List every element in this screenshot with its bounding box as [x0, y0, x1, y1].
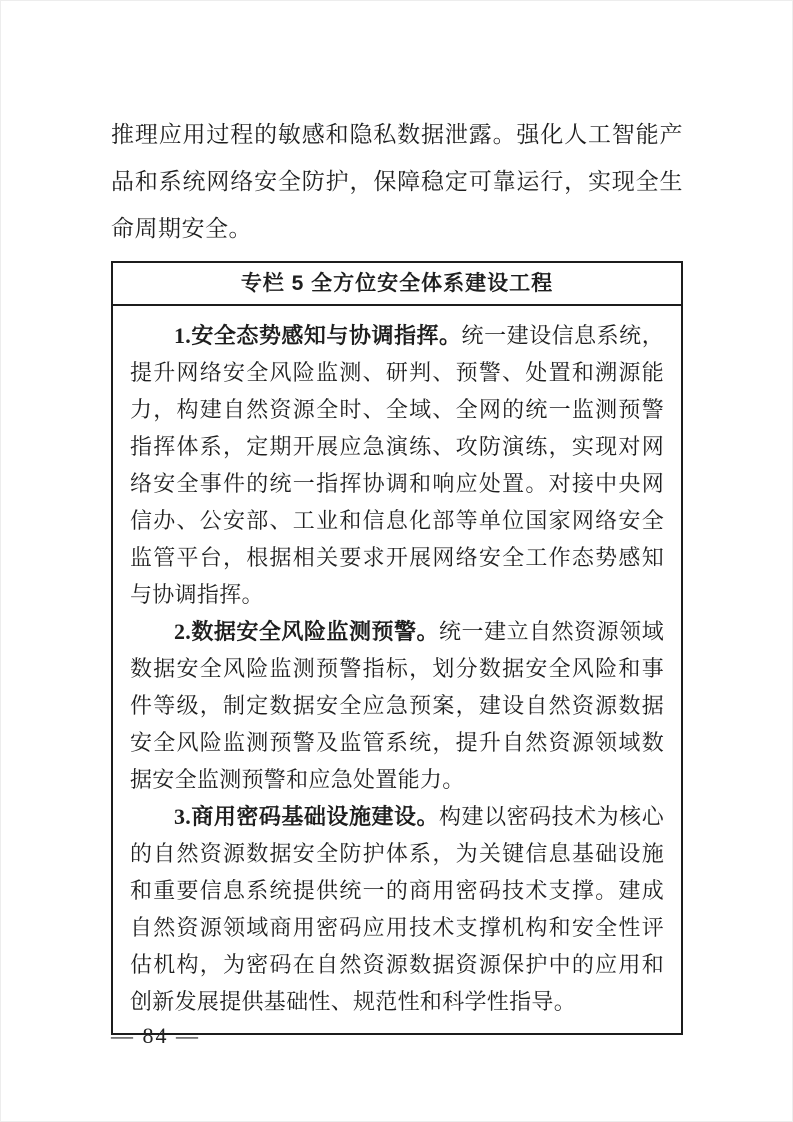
paragraph-1-lead: 1.安全态势感知与协调指挥。 [174, 323, 462, 348]
paragraph-3-text: 构建以密码技术为核心的自然资源数据安全防护体系，为关键信息基础设施和重要信息系统… [130, 804, 664, 1014]
box-paragraph-2: 2.数据安全风险监测预警。统一建立自然资源领域数据安全风险监测预警指标，划分数据… [130, 613, 664, 798]
page-number: — 84 — [111, 1023, 200, 1049]
box-paragraph-3: 3.商用密码基础设施建设。构建以密码技术为核心的自然资源数据安全防护体系，为关键… [130, 798, 664, 1020]
page-content: 推理应用过程的敏感和隐私数据泄露。强化人工智能产品和系统网络安全防护，保障稳定可… [111, 111, 683, 1035]
column-box-body: 1.安全态势感知与协调指挥。统一建设信息系统，提升网络安全风险监测、研判、预警、… [113, 306, 681, 1033]
column-box: 专栏 5 全方位安全体系建设工程 1.安全态势感知与协调指挥。统一建设信息系统，… [111, 261, 683, 1035]
column-box-title: 专栏 5 全方位安全体系建设工程 [113, 263, 681, 306]
paragraph-1-text: 统一建设信息系统，提升网络安全风险监测、研判、预警、处置和溯源能力，构建自然资源… [130, 323, 664, 607]
paragraph-2-lead: 2.数据安全风险监测预警。 [174, 619, 439, 644]
box-paragraph-1: 1.安全态势感知与协调指挥。统一建设信息系统，提升网络安全风险监测、研判、预警、… [130, 317, 664, 613]
paragraph-3-lead: 3.商用密码基础设施建设。 [174, 804, 439, 829]
intro-paragraph: 推理应用过程的敏感和隐私数据泄露。强化人工智能产品和系统网络安全防护，保障稳定可… [111, 111, 683, 252]
paragraph-2-text: 统一建立自然资源领域数据安全风险监测预警指标，划分数据安全风险和事件等级，制定数… [130, 619, 664, 792]
page-number-text: — 84 — [111, 1023, 200, 1048]
